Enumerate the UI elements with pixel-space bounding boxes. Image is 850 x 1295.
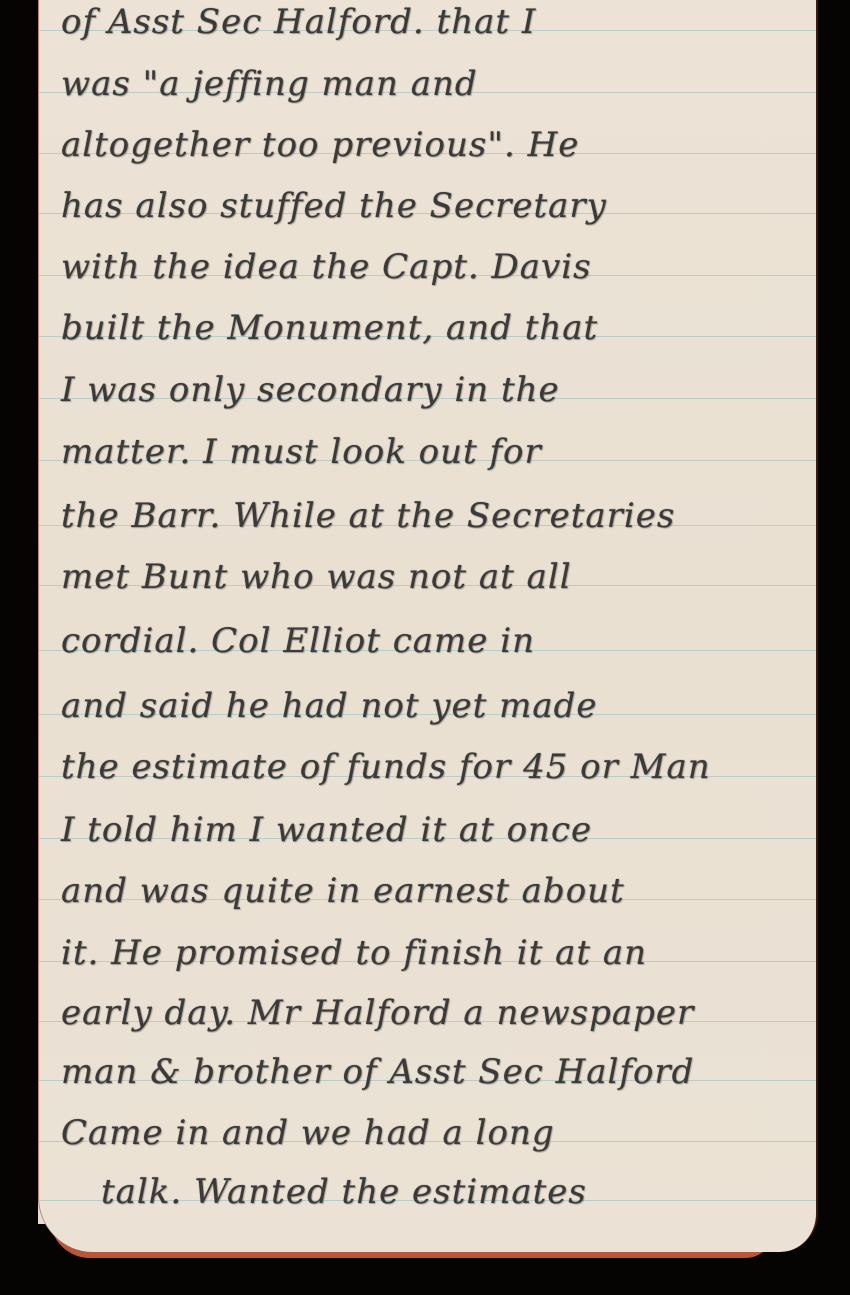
handwritten-line: with the idea the Capt. Davis bbox=[61, 247, 786, 299]
handwritten-line: matter. I must look out for bbox=[61, 432, 786, 484]
handwritten-line: it. He promised to finish it at an bbox=[61, 933, 786, 985]
notebook-page: of Asst Sec Halford. that I was "a jeffi… bbox=[38, 0, 818, 1252]
handwritten-line: of Asst Sec Halford. that I bbox=[61, 2, 786, 54]
handwritten-line: early day. Mr Halford a newspaper bbox=[61, 993, 786, 1045]
handwritten-line: and said he had not yet made bbox=[61, 686, 786, 738]
handwritten-line: the Barr. While at the Secretaries bbox=[61, 496, 786, 548]
handwritten-line: was "a jeffing man and bbox=[61, 64, 786, 116]
handwritten-line: cordial. Col Elliot came in bbox=[61, 621, 786, 673]
handwritten-line: talk. Wanted the estimates bbox=[101, 1172, 786, 1224]
handwritten-line: the estimate of funds for 45 or Man bbox=[61, 747, 786, 799]
handwritten-line: met Bunt who was not at all bbox=[61, 557, 786, 609]
handwritten-line: I told him I wanted it at once bbox=[61, 810, 786, 862]
handwritten-line: built the Monument, and that bbox=[61, 308, 786, 360]
handwritten-line: I was only secondary in the bbox=[61, 370, 786, 422]
handwritten-line: and was quite in earnest about bbox=[61, 871, 786, 923]
handwritten-line: Came in and we had a long bbox=[61, 1113, 786, 1165]
handwritten-line: man & brother of Asst Sec Halford bbox=[61, 1052, 786, 1104]
handwritten-line: has also stuffed the Secretary bbox=[61, 186, 786, 238]
handwritten-line: altogether too previous". He bbox=[61, 125, 786, 177]
